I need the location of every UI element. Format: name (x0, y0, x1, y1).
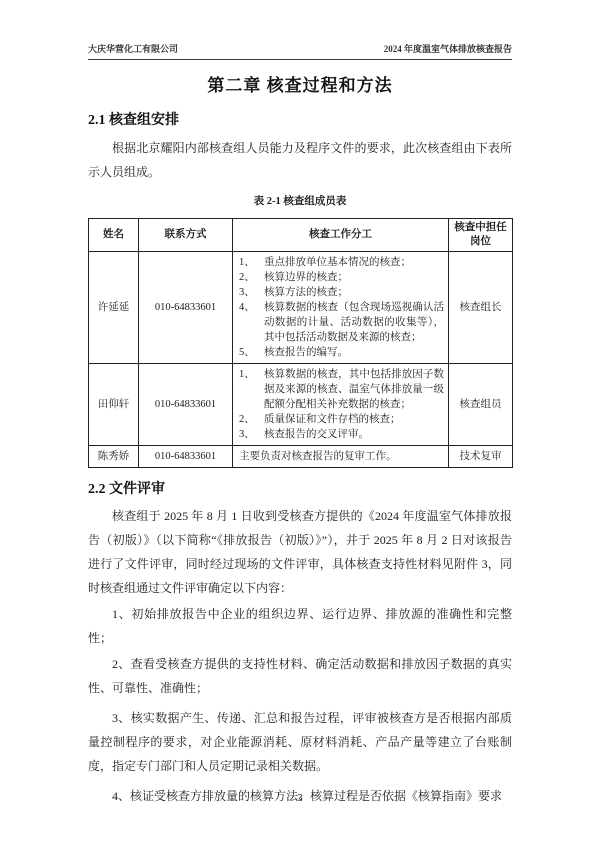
duty-item: 1、 重点排放单位基本情况的核查； (239, 255, 444, 270)
duty-number: 4、 (239, 300, 264, 345)
chapter-title: 第二章 核查过程和方法 (88, 73, 512, 99)
duty-item: 5、 核查报告的编写。 (239, 345, 444, 360)
section-2-2-intro: 核查组于 2025 年 8 月 1 日收到受核查方提供的《2024 年度温室气体… (88, 504, 512, 600)
member-contact: 010-64833601 (139, 364, 233, 446)
table-row: 田仰轩 010-64833601 1、 核算数据的核查，其中包括排放因子数据及来… (89, 364, 513, 446)
section-2-1-heading: 2.1 核查组安排 (88, 111, 512, 131)
duty-text: 核查报告的交叉评审。 (264, 427, 444, 442)
member-duties: 主要负责对核查报告的复审工作。 (233, 446, 449, 468)
duty-text: 核查报告的编写。 (264, 345, 444, 360)
duty-item: 3、 核查报告的交叉评审。 (239, 427, 444, 442)
section-2-2-heading: 2.2 文件评审 (88, 480, 512, 500)
duty-item: 2、 质量保证和文件存档的核查； (239, 412, 444, 427)
section-2-1-paragraph: 根据北京耀阳内部核查组人员能力及程序文件的要求，此次核查组由下表所示人员组成。 (88, 136, 512, 184)
member-role: 核查组员 (449, 364, 513, 446)
duty-item: 2、 核算边界的核查； (239, 270, 444, 285)
header-report-title: 2024 年度温室气体排放核查报告 (384, 42, 512, 55)
running-header: 大庆华营化工有限公司 2024 年度温室气体排放核查报告 (88, 42, 512, 60)
header-company-name: 大庆华营化工有限公司 (88, 42, 178, 55)
member-name: 田仰轩 (89, 364, 139, 446)
duty-text: 核算数据的核查（包含现场巡视确认活动数据的计量、活动数据的收集等），其中包括活动… (264, 300, 444, 345)
duty-text: 核算边界的核查； (264, 270, 444, 285)
duty-number: 1、 (239, 367, 264, 412)
member-contact: 010-64833601 (139, 252, 233, 364)
member-name: 陈秀娇 (89, 446, 139, 468)
table-row: 许延延 010-64833601 1、 重点排放单位基本情况的核查； 2、 核算… (89, 252, 513, 364)
members-table: 姓名 联系方式 核查工作分工 核查中担任岗位 许延延 010-64833601 … (88, 218, 513, 468)
duty-text: 质量保证和文件存档的核查； (264, 412, 444, 427)
review-item-2: 2、查看受核查方提供的支持性材料、确定活动数据和排放因子数据的真实性、可靠性、准… (88, 652, 512, 700)
duty-text: 重点排放单位基本情况的核查； (264, 255, 444, 270)
duty-number: 3、 (239, 285, 264, 300)
duty-number: 5、 (239, 345, 264, 360)
page-number: 3 (0, 793, 600, 804)
table-caption: 表 2-1 核查组成员表 (88, 194, 512, 209)
duty-number: 2、 (239, 270, 264, 285)
table-row: 陈秀娇 010-64833601 主要负责对核查报告的复审工作。 技术复审 (89, 446, 513, 468)
member-role: 核查组长 (449, 252, 513, 364)
duty-text: 核算数据的核查，其中包括排放因子数据及来源的核查、温室气体排放量一级配额分配相关… (264, 367, 444, 412)
member-duties: 1、 重点排放单位基本情况的核查； 2、 核算边界的核查； 3、 核算方法的核查… (233, 252, 449, 364)
member-role: 技术复审 (449, 446, 513, 468)
duty-item: 3、 核算方法的核查； (239, 285, 444, 300)
member-name: 许延延 (89, 252, 139, 364)
duty-item: 1、 核算数据的核查，其中包括排放因子数据及来源的核查、温室气体排放量一级配额分… (239, 367, 444, 412)
col-header-role: 核查中担任岗位 (449, 219, 513, 252)
review-item-1: 1、初始排放报告中企业的组织边界、运行边界、排放源的准确性和完整性； (88, 602, 512, 650)
member-contact: 010-64833601 (139, 446, 233, 468)
col-header-name: 姓名 (89, 219, 139, 252)
review-item-3: 3、核实数据产生、传递、汇总和报告过程，评审被核查方是否根据内部质量控制程序的要… (88, 706, 512, 778)
document-page: 大庆华营化工有限公司 2024 年度温室气体排放核查报告 第二章 核查过程和方法… (0, 0, 600, 848)
col-header-contact: 联系方式 (139, 219, 233, 252)
duty-number: 2、 (239, 412, 264, 427)
table-header-row: 姓名 联系方式 核查工作分工 核查中担任岗位 (89, 219, 513, 252)
col-header-duties: 核查工作分工 (233, 219, 449, 252)
duty-item: 4、 核算数据的核查（包含现场巡视确认活动数据的计量、活动数据的收集等），其中包… (239, 300, 444, 345)
duty-text: 核算方法的核查； (264, 285, 444, 300)
duty-number: 1、 (239, 255, 264, 270)
member-duties: 1、 核算数据的核查，其中包括排放因子数据及来源的核查、温室气体排放量一级配额分… (233, 364, 449, 446)
duty-number: 3、 (239, 427, 264, 442)
